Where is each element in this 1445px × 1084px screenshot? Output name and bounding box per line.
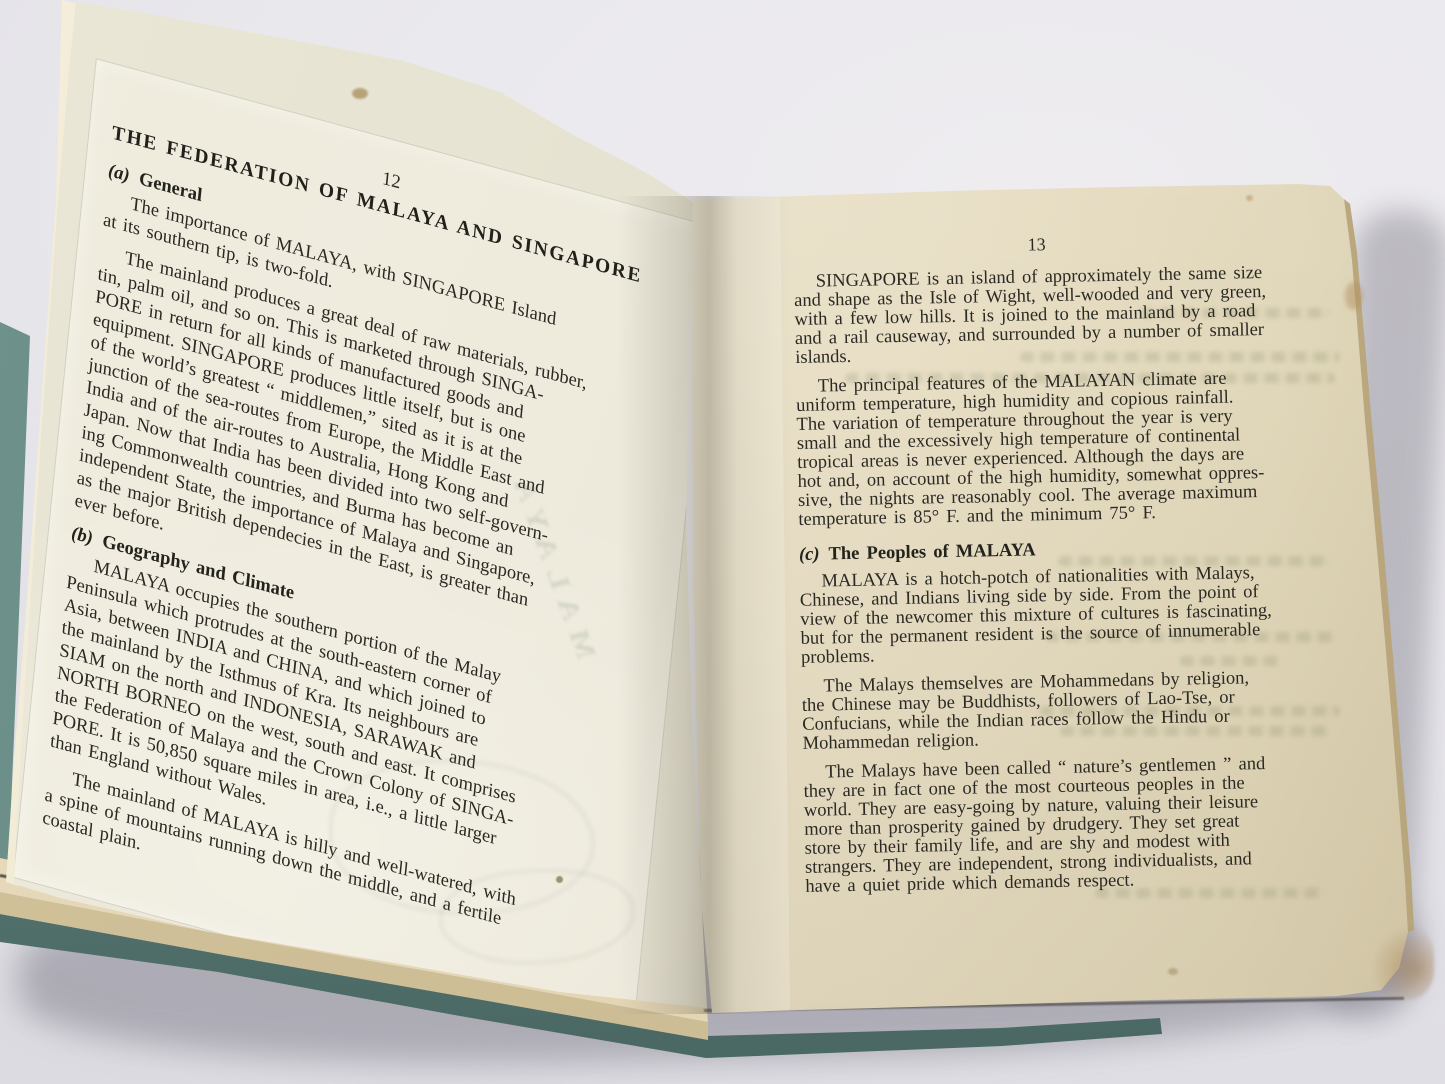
section-label-a: (a) bbox=[107, 160, 130, 186]
stain-spot bbox=[1168, 968, 1178, 975]
page-number-13: 13 bbox=[793, 230, 1338, 259]
section-heading-c: (c)The Peoples of MALAYA bbox=[799, 535, 1344, 564]
paragraph: The principal features of the MALAYAN cl… bbox=[796, 368, 1344, 530]
paragraph: The Malays themselves are Mohammedans by… bbox=[801, 667, 1347, 753]
stain-spot bbox=[352, 88, 368, 99]
paragraph: MALAYA is a hotch-potch of nationalities… bbox=[799, 562, 1346, 667]
right-page-text-block: 13 SINGAPORE is an island of approximate… bbox=[793, 230, 1351, 897]
photo-backdrop: MALAYA 12 THE FEDERATION OF MALAYA AND S… bbox=[0, 0, 1445, 1084]
stain-spot bbox=[1246, 195, 1253, 201]
section-heading-c-text: The Peoples of MALAYA bbox=[828, 540, 1035, 564]
paragraph: SINGAPORE is an island of approximately … bbox=[794, 263, 1341, 368]
stain-spot bbox=[556, 876, 563, 883]
paragraph: The Malays have been called “ nature’s g… bbox=[803, 753, 1350, 896]
section-label-c: (c) bbox=[799, 545, 820, 565]
corner-foxing bbox=[1372, 924, 1434, 1000]
right-page-content: 13 SINGAPORE is an island of approximate… bbox=[793, 230, 1351, 907]
stain-spot bbox=[1345, 282, 1363, 310]
section-label-b: (b) bbox=[70, 522, 93, 548]
